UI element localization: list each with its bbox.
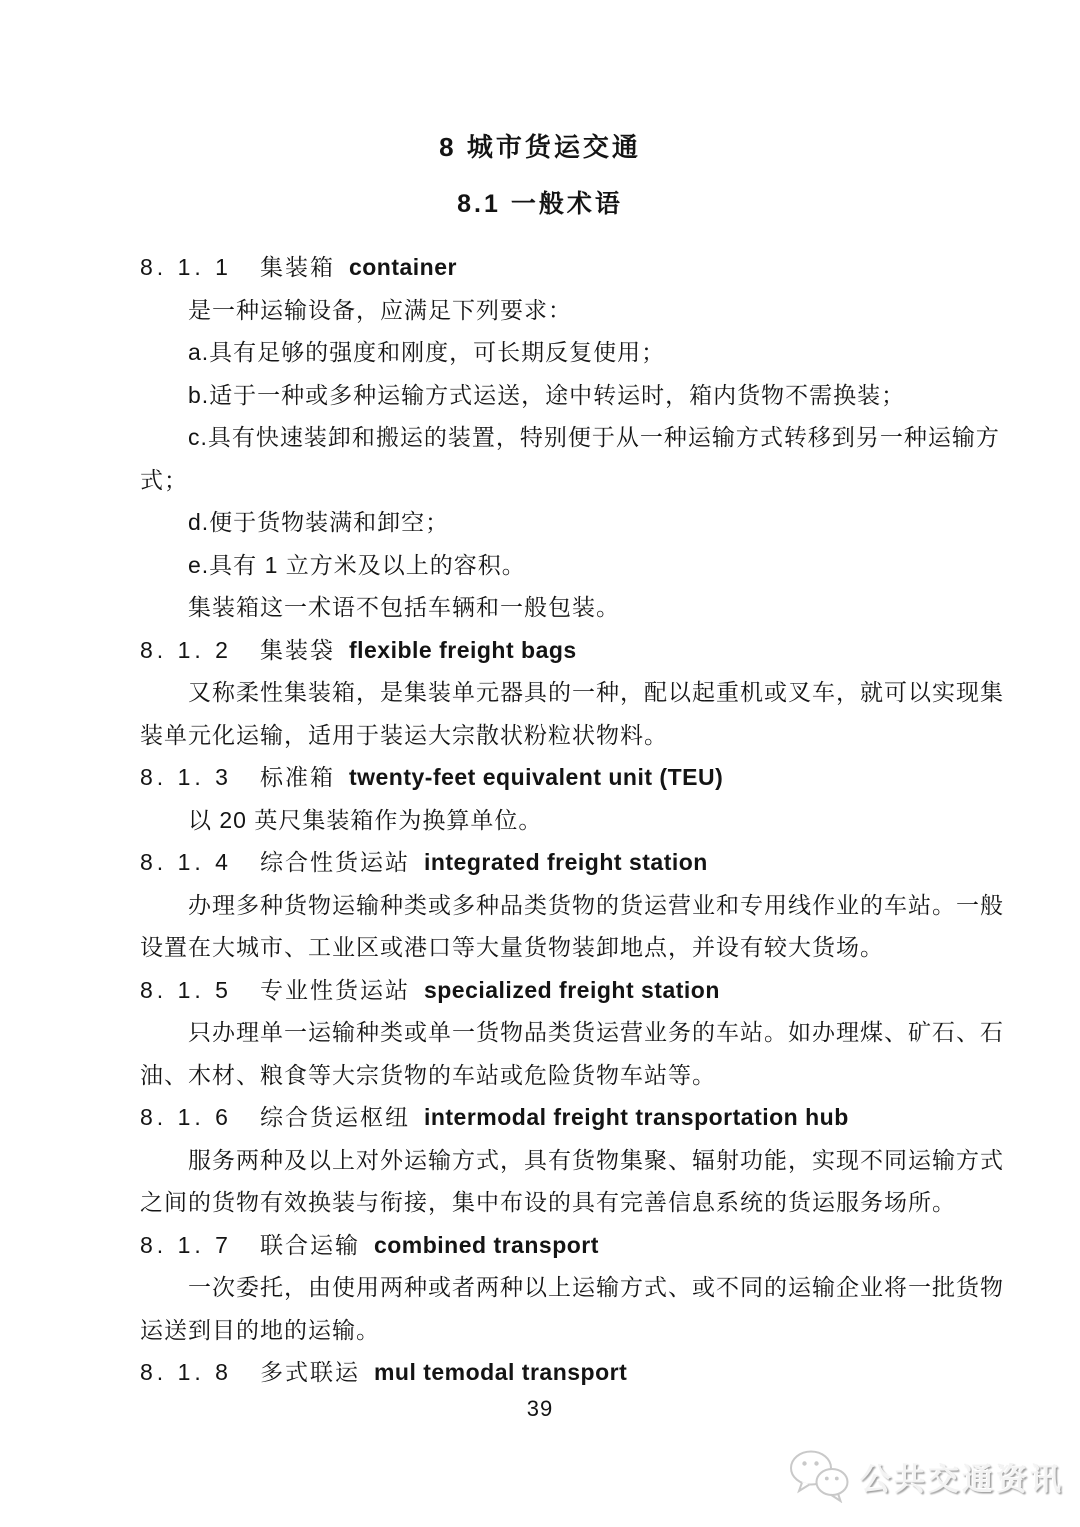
term-name-en: container xyxy=(349,254,457,280)
term-number: 8. 1. 8 xyxy=(140,1359,232,1385)
term-name-en: specialized freight station xyxy=(424,977,720,1003)
section-title: 8.1 一般术语 xyxy=(0,188,1080,220)
definition-line: b.适于一种或多种运输方式运送，途中转运时，箱内货物不需换装； xyxy=(140,374,940,417)
definition-line: c.具有快速装卸和搬运的装置，特别便于从一种运输方式转移到另一种运输方 xyxy=(140,416,940,459)
definition-line: 集装箱这一术语不包括车辆和一般包装。 xyxy=(140,586,940,629)
definition-line: 运送到目的地的运输。 xyxy=(140,1309,940,1352)
definition-line: 装单元化运输，适用于装运大宗散状粉粒状物料。 xyxy=(140,714,940,757)
wechat-icon xyxy=(788,1449,850,1503)
footer-watermark: 公共交通资讯 xyxy=(788,1449,1064,1503)
definition-line: 办理多种货物运输种类或多种品类货物的货运营业和专用线作业的车站。一般 xyxy=(140,884,940,927)
term-number: 8. 1. 5 xyxy=(140,977,232,1003)
document-page: 8 城市货运交通 8.1 一般术语 8. 1. 1集装箱container是一种… xyxy=(0,0,1080,1527)
term-number: 8. 1. 6 xyxy=(140,1104,232,1130)
term-name-zh: 联合运输 xyxy=(260,1232,360,1258)
watermark-label: 公共交通资讯 xyxy=(860,1454,1064,1499)
term-name-en: integrated freight station xyxy=(424,849,708,875)
definition-line: 是一种运输设备，应满足下列要求： xyxy=(140,289,940,332)
term-number: 8. 1. 1 xyxy=(140,254,232,280)
term-name-zh: 集装袋 xyxy=(260,637,335,663)
term-heading: 8. 1. 4综合性货运站integrated freight station xyxy=(140,841,940,884)
term-name-zh: 综合性货运站 xyxy=(260,849,410,875)
term-heading: 8. 1. 2集装袋flexible freight bags xyxy=(140,629,940,672)
definition-line: a.具有足够的强度和刚度，可长期反复使用； xyxy=(140,331,940,374)
term-name-en: combined transport xyxy=(374,1232,599,1258)
definition-line: d.便于货物装满和卸空； xyxy=(140,501,940,544)
page-number: 39 xyxy=(0,1396,1080,1422)
definition-line: 一次委托，由使用两种或者两种以上运输方式、或不同的运输企业将一批货物 xyxy=(140,1266,940,1309)
term-name-zh: 综合货运枢纽 xyxy=(260,1104,410,1130)
definition-line: 设置在大城市、工业区或港口等大量货物装卸地点，并设有较大货场。 xyxy=(140,926,940,969)
chapter-title: 8 城市货运交通 xyxy=(0,130,1080,164)
term-heading: 8. 1. 5专业性货运站specialized freight station xyxy=(140,969,940,1012)
definition-line: 式； xyxy=(140,459,940,502)
term-name-zh: 集装箱 xyxy=(260,254,335,280)
definition-line: 以 20 英尺集装箱作为换算单位。 xyxy=(140,799,940,842)
term-heading: 8. 1. 6综合货运枢纽intermodal freight transpor… xyxy=(140,1096,940,1139)
definition-line: 又称柔性集装箱，是集装单元器具的一种，配以起重机或叉车，就可以实现集 xyxy=(140,671,940,714)
term-name-zh: 标准箱 xyxy=(260,764,335,790)
definition-line: 服务两种及以上对外运输方式，具有货物集聚、辐射功能，实现不同运输方式 xyxy=(140,1139,940,1182)
definition-line: 只办理单一运输种类或单一货物品类货运营业务的车站。如办理煤、矿石、石 xyxy=(140,1011,940,1054)
term-name-en: mul temodal transport xyxy=(374,1359,627,1385)
term-name-zh: 多式联运 xyxy=(260,1359,360,1385)
definition-line: 油、木材、粮食等大宗货物的车站或危险货物车站等。 xyxy=(140,1054,940,1097)
term-number: 8. 1. 4 xyxy=(140,849,232,875)
term-heading: 8. 1. 3标准箱twenty-feet equivalent unit (T… xyxy=(140,756,940,799)
term-number: 8. 1. 2 xyxy=(140,637,232,663)
term-number: 8. 1. 7 xyxy=(140,1232,232,1258)
term-number: 8. 1. 3 xyxy=(140,764,232,790)
terms-list: 8. 1. 1集装箱container是一种运输设备，应满足下列要求：a.具有足… xyxy=(140,246,940,1394)
term-heading: 8. 1. 7联合运输combined transport xyxy=(140,1224,940,1267)
definition-line: e.具有 1 立方米及以上的容积。 xyxy=(140,544,940,587)
term-name-zh: 专业性货运站 xyxy=(260,977,410,1003)
term-name-en: twenty-feet equivalent unit (TEU) xyxy=(349,764,723,790)
term-heading: 8. 1. 8多式联运mul temodal transport xyxy=(140,1351,940,1394)
term-heading: 8. 1. 1集装箱container xyxy=(140,246,940,289)
term-name-en: flexible freight bags xyxy=(349,637,577,663)
term-name-en: intermodal freight transportation hub xyxy=(424,1104,849,1130)
definition-line: 之间的货物有效换装与衔接，集中布设的具有完善信息系统的货运服务场所。 xyxy=(140,1181,940,1224)
